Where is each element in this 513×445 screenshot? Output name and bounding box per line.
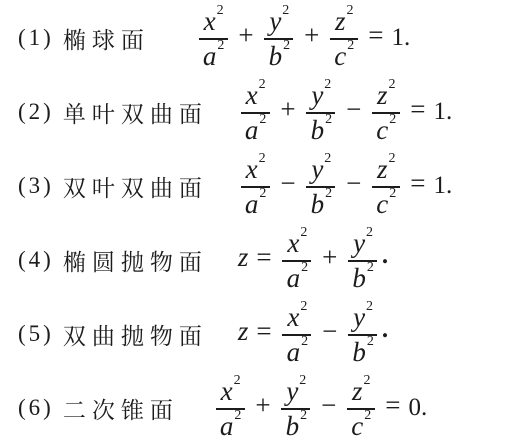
operator: + <box>322 244 337 271</box>
surface-row: (6) 二次锥面 x2a2+y2b2−z2c2=0. <box>0 371 513 445</box>
surface-name: 双叶双曲面 <box>63 170 208 203</box>
denominator-exponent: 2 <box>259 186 266 201</box>
numerator-variable: y <box>269 6 281 36</box>
surface-row: (4) 椭圆抛物面 z=x2a2+y2b2. <box>0 223 513 297</box>
operator: + <box>304 22 319 49</box>
denominator-variable: c <box>376 189 388 219</box>
numerator-variable: y <box>311 80 323 110</box>
numerator-exponent: 2 <box>300 299 307 314</box>
denominator-exponent: 2 <box>301 260 308 275</box>
denominator-exponent: 2 <box>283 38 290 53</box>
constant: 1. <box>392 25 411 50</box>
fraction-numerator: z2 <box>347 376 375 410</box>
numerator-variable: y <box>311 154 323 184</box>
fraction-denominator: b2 <box>347 262 378 293</box>
denominator-variable: b <box>269 41 283 71</box>
surface-equation: z=x2a2+y2b2. <box>238 228 388 293</box>
fraction: z2c2 <box>371 80 400 145</box>
fraction: y2b2 <box>306 80 337 145</box>
surface-name: 二次锥面 <box>63 392 179 425</box>
fraction: x2a2 <box>240 80 271 145</box>
surface-equation: x2a2−y2b2−z2c2=1. <box>238 154 452 219</box>
denominator-variable: c <box>334 41 346 71</box>
numerator-variable: z <box>352 376 363 406</box>
numerator-variable: x <box>287 228 299 258</box>
fraction-denominator: b2 <box>306 114 337 145</box>
denominator-exponent: 2 <box>259 112 266 127</box>
operator: = <box>385 392 400 419</box>
period: . <box>382 243 388 268</box>
fraction-denominator: c2 <box>371 114 400 145</box>
fraction-denominator: b2 <box>281 410 312 441</box>
denominator-variable: a <box>245 115 259 145</box>
fraction-denominator: b2 <box>264 40 295 71</box>
fraction: y2b2 <box>347 228 378 293</box>
fraction-numerator: y2 <box>306 80 335 114</box>
fraction-numerator: x2 <box>282 302 311 336</box>
fraction: x2a2 <box>282 228 313 293</box>
numerator-exponent: 2 <box>259 77 266 92</box>
numerator-variable: y <box>286 376 298 406</box>
denominator-exponent: 2 <box>301 334 308 349</box>
item-number: (4) <box>18 247 54 273</box>
operator: = <box>256 318 271 345</box>
operator: = <box>410 170 425 197</box>
fraction-denominator: a2 <box>282 262 313 293</box>
fraction-denominator: c2 <box>329 40 358 71</box>
fraction: x2a2 <box>240 154 271 219</box>
fraction: z2c2 <box>346 376 375 441</box>
fraction-numerator: y2 <box>306 154 335 188</box>
surface-name: 椭圆抛物面 <box>63 244 208 277</box>
operator: − <box>346 170 361 197</box>
numerator-variable: x <box>287 302 299 332</box>
numerator-variable: z <box>377 154 388 184</box>
fraction: x2a2 <box>215 376 246 441</box>
item-number: (1) <box>18 25 54 51</box>
numerator-exponent: 2 <box>324 151 331 166</box>
textbook-page: (1) 椭球面 x2a2+y2b2+z2c2=1. (2) 单叶双曲面 x2a2… <box>0 0 513 445</box>
fraction: y2b2 <box>347 302 378 367</box>
numerator-exponent: 2 <box>259 151 266 166</box>
surface-name: 椭球面 <box>63 22 150 55</box>
fraction-numerator: y2 <box>348 228 377 262</box>
denominator-exponent: 2 <box>217 38 224 53</box>
denominator-variable: a <box>287 337 301 367</box>
denominator-variable: a <box>220 411 234 441</box>
constant: 0. <box>409 395 428 420</box>
surface-row: (5) 双曲抛物面 z=x2a2−y2b2. <box>0 297 513 371</box>
numerator-exponent: 2 <box>324 77 331 92</box>
fraction-numerator: z2 <box>330 6 358 40</box>
numerator-variable: y <box>353 302 365 332</box>
denominator-exponent: 2 <box>367 334 374 349</box>
operator: − <box>346 96 361 123</box>
numerator-exponent: 2 <box>347 3 354 18</box>
fraction-numerator: y2 <box>264 6 293 40</box>
denominator-exponent: 2 <box>347 38 354 53</box>
numerator-exponent: 2 <box>300 225 307 240</box>
numerator-variable: z <box>335 6 346 36</box>
fraction-numerator: x2 <box>241 154 270 188</box>
fraction-denominator: b2 <box>347 336 378 367</box>
item-number: (6) <box>18 395 54 421</box>
surface-equation: z=x2a2−y2b2. <box>238 302 388 367</box>
denominator-variable: c <box>376 115 388 145</box>
surface-equation: x2a2+y2b2−z2c2=1. <box>238 80 452 145</box>
fraction: x2a2 <box>198 6 229 71</box>
operator: = <box>256 244 271 271</box>
surface-name: 单叶双曲面 <box>63 96 208 129</box>
item-number: (5) <box>18 321 54 347</box>
fraction-denominator: a2 <box>282 336 313 367</box>
fraction-denominator: a2 <box>198 40 229 71</box>
denominator-exponent: 2 <box>389 186 396 201</box>
fraction: z2c2 <box>371 154 400 219</box>
fraction-numerator: y2 <box>348 302 377 336</box>
operator: − <box>322 318 337 345</box>
fraction: y2b2 <box>306 154 337 219</box>
surface-equation: x2a2+y2b2−z2c2=0. <box>213 376 427 441</box>
surface-name: 双曲抛物面 <box>63 318 208 351</box>
operator: − <box>280 170 295 197</box>
fraction-denominator: b2 <box>306 188 337 219</box>
fraction-denominator: c2 <box>346 410 375 441</box>
operator: + <box>280 96 295 123</box>
fraction-numerator: z2 <box>372 80 400 114</box>
numerator-variable: x <box>246 154 258 184</box>
fraction-denominator: a2 <box>240 114 271 145</box>
numerator-variable: x <box>246 80 258 110</box>
fraction-numerator: x2 <box>241 80 270 114</box>
denominator-exponent: 2 <box>389 112 396 127</box>
fraction: z2c2 <box>329 6 358 71</box>
numerator-exponent: 2 <box>389 151 396 166</box>
fraction: y2b2 <box>281 376 312 441</box>
surface-list: (1) 椭球面 x2a2+y2b2+z2c2=1. (2) 单叶双曲面 x2a2… <box>0 1 513 445</box>
surface-equation: x2a2+y2b2+z2c2=1. <box>196 6 410 71</box>
operator: + <box>255 392 270 419</box>
denominator-variable: b <box>311 115 325 145</box>
fraction-numerator: z2 <box>372 154 400 188</box>
numerator-exponent: 2 <box>234 373 241 388</box>
constant: 1. <box>434 173 453 198</box>
denominator-variable: b <box>352 263 366 293</box>
operator: − <box>321 392 336 419</box>
period: . <box>382 317 388 342</box>
item-number: (3) <box>18 173 54 199</box>
denominator-exponent: 2 <box>325 112 332 127</box>
fraction-numerator: x2 <box>282 228 311 262</box>
denominator-variable: a <box>287 263 301 293</box>
numerator-variable: y <box>353 228 365 258</box>
denominator-variable: b <box>352 337 366 367</box>
denominator-variable: b <box>286 411 300 441</box>
operator: = <box>368 22 383 49</box>
denominator-variable: b <box>311 189 325 219</box>
fraction-denominator: a2 <box>215 410 246 441</box>
denominator-exponent: 2 <box>234 408 241 423</box>
operator: + <box>238 22 253 49</box>
surface-row: (1) 椭球面 x2a2+y2b2+z2c2=1. <box>0 1 513 75</box>
numerator-exponent: 2 <box>366 299 373 314</box>
constant: 1. <box>434 99 453 124</box>
denominator-variable: a <box>203 41 217 71</box>
numerator-exponent: 2 <box>299 373 306 388</box>
numerator-exponent: 2 <box>366 225 373 240</box>
fraction-numerator: y2 <box>281 376 310 410</box>
denominator-exponent: 2 <box>300 408 307 423</box>
denominator-exponent: 2 <box>325 186 332 201</box>
denominator-variable: a <box>245 189 259 219</box>
surface-row: (2) 单叶双曲面 x2a2+y2b2−z2c2=1. <box>0 75 513 149</box>
numerator-variable: x <box>221 376 233 406</box>
numerator-variable: z <box>377 80 388 110</box>
fraction-denominator: c2 <box>371 188 400 219</box>
denominator-exponent: 2 <box>367 260 374 275</box>
numerator-exponent: 2 <box>282 3 289 18</box>
variable: z <box>238 318 249 345</box>
fraction-numerator: x2 <box>199 6 228 40</box>
operator: = <box>410 96 425 123</box>
variable: z <box>238 244 249 271</box>
numerator-exponent: 2 <box>364 373 371 388</box>
fraction: x2a2 <box>282 302 313 367</box>
fraction-denominator: a2 <box>240 188 271 219</box>
fraction-numerator: x2 <box>216 376 245 410</box>
fraction: y2b2 <box>264 6 295 71</box>
denominator-variable: c <box>351 411 363 441</box>
numerator-exponent: 2 <box>217 3 224 18</box>
denominator-exponent: 2 <box>364 408 371 423</box>
item-number: (2) <box>18 99 54 125</box>
numerator-exponent: 2 <box>389 77 396 92</box>
surface-row: (3) 双叶双曲面 x2a2−y2b2−z2c2=1. <box>0 149 513 223</box>
numerator-variable: x <box>204 6 216 36</box>
